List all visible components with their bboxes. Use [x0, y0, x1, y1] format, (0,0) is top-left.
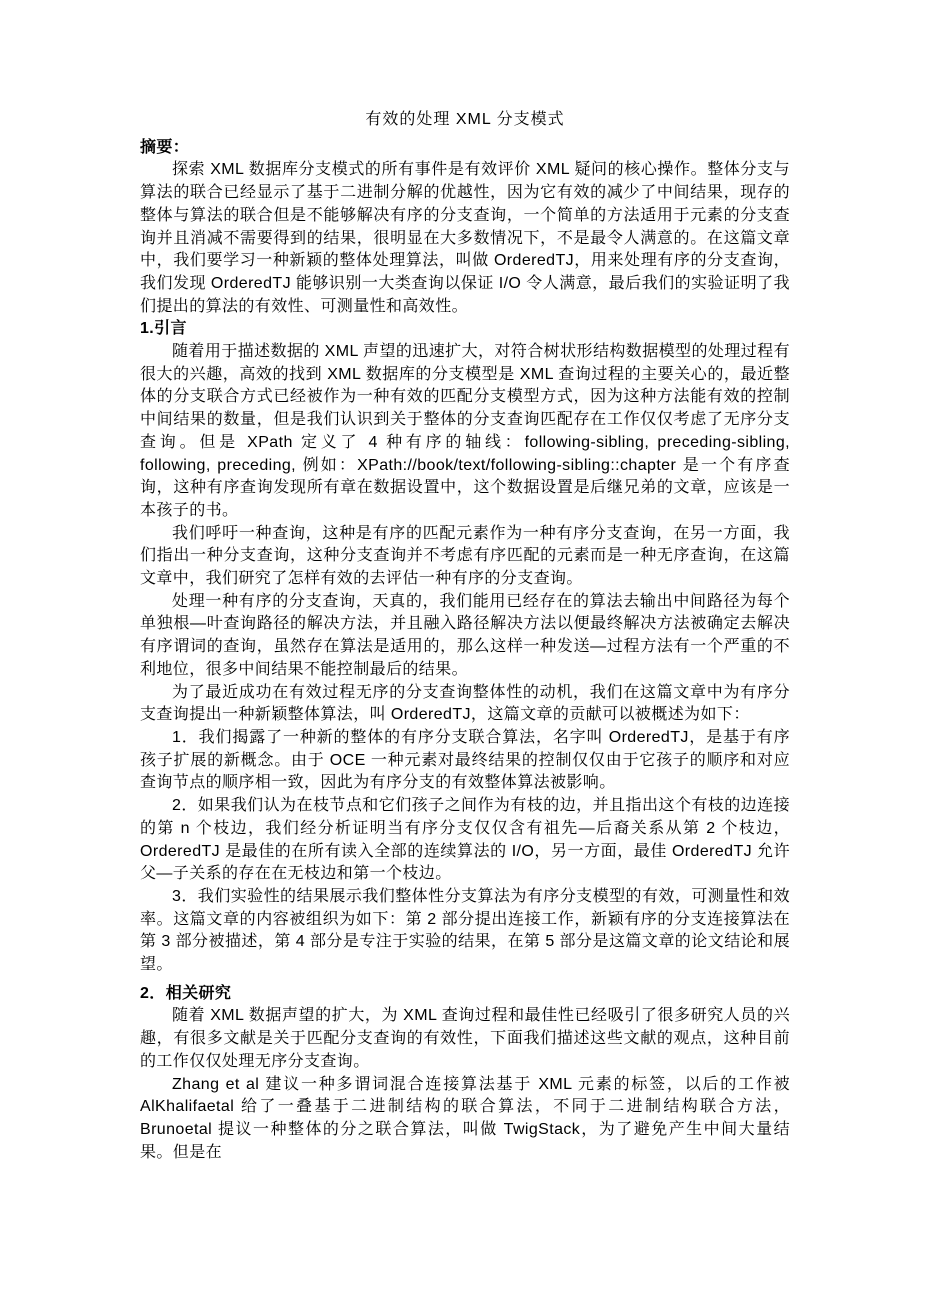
contribution-item-1: 1．我们揭露了一种新的整体的有序分支联合算法，名字叫 OrderedTJ，是基于… — [140, 727, 790, 795]
abstract-paragraph: 探索 XML 数据库分支模式的所有事件是有效评价 XML 疑问的核心操作。整体分… — [140, 159, 790, 318]
section-1-heading: 1.引言 — [140, 318, 790, 341]
section-2-heading: 2．相关研究 — [140, 983, 790, 1006]
intro-paragraph-1: 随着用于描述数据的 XML 声望的迅速扩大，对符合树状形结构数据模型的处理过程有… — [140, 341, 790, 523]
contribution-item-2: 2．如果我们认为在枝节点和它们孩子之间作为有枝的边，并且指出这个有枝的边连接的第… — [140, 795, 790, 886]
intro-paragraph-2: 我们呼吁一种查询，这种是有序的匹配元素作为一种有序分支查询，在另一方面，我们指出… — [140, 523, 790, 591]
intro-paragraph-4: 为了最近成功在有效过程无序的分支查询整体性的动机，我们在这篇文章中为有序分支查询… — [140, 682, 790, 727]
abstract-heading: 摘要： — [140, 137, 790, 160]
document-title: 有效的处理 XML 分支模式 — [140, 109, 790, 132]
related-work-paragraph-1: 随着 XML 数据声望的扩大，为 XML 查询过程和最佳性已经吸引了很多研究人员… — [140, 1005, 790, 1073]
intro-paragraph-3: 处理一种有序的分支查询，天真的，我们能用已经存在的算法去输出中间路径为每个单独根… — [140, 591, 790, 682]
contribution-item-3: 3．我们实验性的结果展示我们整体性分支算法为有序分支模型的有效，可测量性和效率。… — [140, 886, 790, 977]
related-work-paragraph-2: Zhang et al 建议一种多谓词混合连接算法基于 XML 元素的标签，以后… — [140, 1074, 790, 1165]
document-page: 有效的处理 XML 分支模式 摘要： 探索 XML 数据库分支模式的所有事件是有… — [0, 0, 926, 1310]
